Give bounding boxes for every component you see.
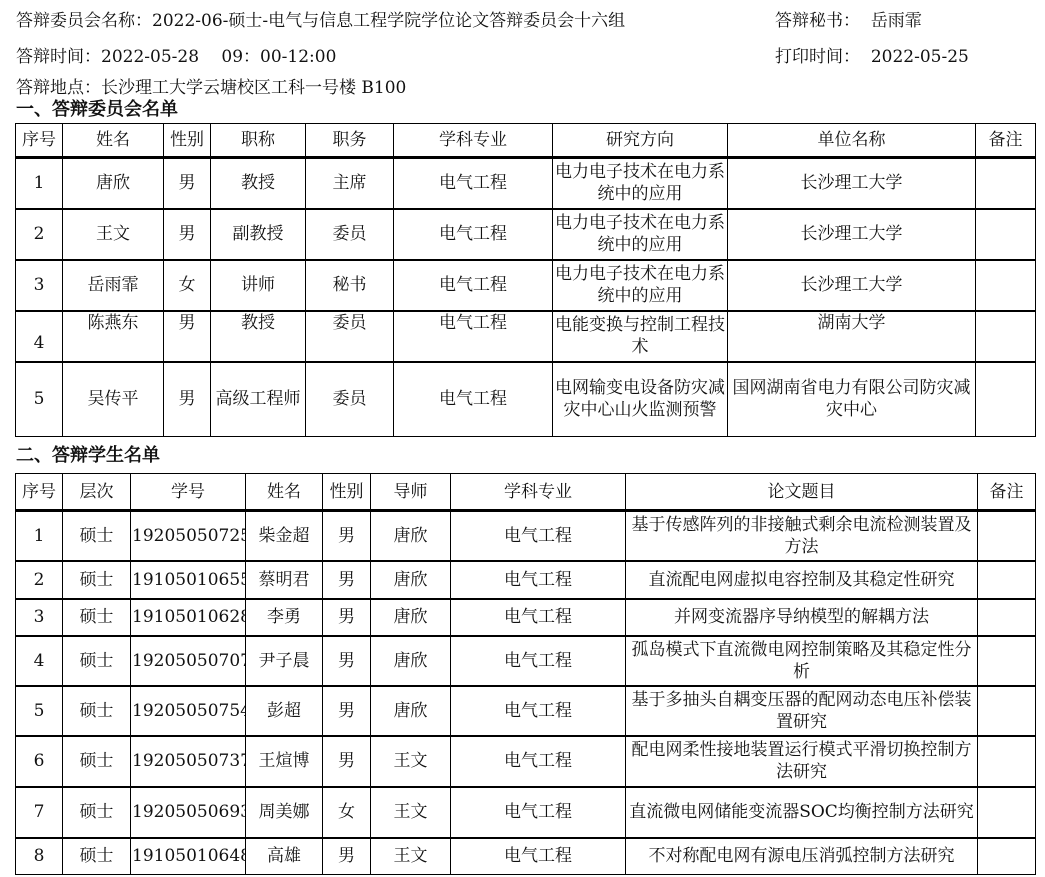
cell-name: 陈燕东: [63, 311, 164, 362]
cell-advisor: 王文: [371, 787, 451, 838]
students-header-row: 序号 层次 学号 姓名 性别 导师 学科专业 论文题目 备注: [16, 474, 1036, 511]
cell-unit: 长沙理工大学: [728, 209, 976, 260]
secretary-label: 答辩秘书：: [775, 11, 860, 31]
cell-role: 委员: [306, 311, 394, 362]
col-header-name: 姓名: [246, 474, 323, 511]
print-time-label: 打印时间：: [775, 47, 860, 67]
table-row: 4 陈燕东 男 教授 委员 电气工程 电能变换与控制工程技术 湖南大学: [16, 311, 1036, 362]
cell-advisor: 唐欣: [371, 636, 451, 686]
cell-thesis: 基于多抽头自耦变压器的配网动态电压补偿装置研究: [626, 686, 978, 736]
cell-note: [978, 736, 1036, 787]
cell-name: 柴金超: [246, 511, 323, 561]
cell-major: 电气工程: [394, 311, 553, 362]
table-row: 7 硕士 19205050693 周美娜 女 王文 电气工程 直流微电网储能变流…: [16, 787, 1036, 838]
col-header-major: 学科专业: [451, 474, 626, 511]
committee-name-label: 答辩委员会名称：: [16, 11, 152, 31]
cell-gender: 男: [323, 561, 371, 599]
cell-no: 3: [16, 599, 63, 636]
table-row: 5 硕士 19205050754 彭超 男 唐欣 电气工程 基于多抽头自耦变压器…: [16, 686, 1036, 736]
cell-name: 王煊博: [246, 736, 323, 787]
defense-time-line: 答辩时间：2022-05-28 09：00-12:00: [16, 46, 336, 68]
cell-gender: 男: [164, 209, 211, 260]
col-header-thesis: 论文题目: [626, 474, 978, 511]
cell-student-id: 19205050754: [131, 686, 246, 736]
cell-level: 硕士: [63, 636, 131, 686]
cell-student-id: 19205050725: [131, 511, 246, 561]
cell-note: [978, 838, 1036, 875]
col-header-advisor: 导师: [371, 474, 451, 511]
cell-title: 教授: [211, 158, 306, 209]
table-row: 2 硕士 19105010655 蔡明君 男 唐欣 电气工程 直流配电网虚拟电容…: [16, 561, 1036, 599]
col-header-no: 序号: [16, 124, 63, 158]
cell-name: 岳雨霏: [63, 260, 164, 311]
cell-name: 彭超: [246, 686, 323, 736]
cell-no: 7: [16, 787, 63, 838]
defense-time: 2022-05-28 09：00-12:00: [101, 47, 336, 67]
cell-note: [978, 636, 1036, 686]
cell-level: 硕士: [63, 787, 131, 838]
cell-role: 委员: [306, 209, 394, 260]
cell-title: 副教授: [211, 209, 306, 260]
cell-thesis: 直流配电网虚拟电容控制及其稳定性研究: [626, 561, 978, 599]
cell-gender: 男: [164, 158, 211, 209]
cell-thesis: 直流微电网储能变流器SOC均衡控制方法研究: [626, 787, 978, 838]
cell-gender: 男: [164, 362, 211, 437]
cell-note: [978, 511, 1036, 561]
table-row: 8 硕士 19105010648 高雄 男 王文 电气工程 不对称配电网有源电压…: [16, 838, 1036, 875]
col-header-name: 姓名: [63, 124, 164, 158]
cell-no: 5: [16, 362, 63, 437]
cell-major: 电气工程: [451, 636, 626, 686]
cell-major: 电气工程: [451, 599, 626, 636]
cell-gender: 男: [164, 311, 211, 362]
cell-gender: 男: [323, 599, 371, 636]
cell-level: 硕士: [63, 511, 131, 561]
cell-student-id: 19205050737: [131, 736, 246, 787]
cell-level: 硕士: [63, 561, 131, 599]
cell-title: 高级工程师: [211, 362, 306, 437]
table-row: 3 岳雨霏 女 讲师 秘书 电气工程 电力电子技术在电力系统中的应用 长沙理工大…: [16, 260, 1036, 311]
table-row: 6 硕士 19205050737 王煊博 男 王文 电气工程 配电网柔性接地装置…: [16, 736, 1036, 787]
cell-major: 电气工程: [451, 736, 626, 787]
location-label: 答辩地点：: [16, 78, 101, 98]
defense-time-label: 答辩时间：: [16, 47, 101, 67]
cell-unit: 湖南大学: [728, 311, 976, 362]
print-time-line: 打印时间： 2022-05-25: [775, 46, 969, 68]
cell-no: 6: [16, 736, 63, 787]
cell-level: 硕士: [63, 599, 131, 636]
cell-unit: 长沙理工大学: [728, 260, 976, 311]
location-line: 答辩地点：长沙理工大学云塘校区工科一号楼 B100: [16, 77, 406, 99]
cell-student-id: 19105010628: [131, 599, 246, 636]
cell-gender: 男: [323, 511, 371, 561]
cell-name: 尹子晨: [246, 636, 323, 686]
cell-advisor: 王文: [371, 736, 451, 787]
table-row: 5 吴传平 男 高级工程师 委员 电气工程 电网输变电设备防灾减灾中心山火监测预…: [16, 362, 1036, 437]
cell-major: 电气工程: [451, 838, 626, 875]
cell-research: 电力电子技术在电力系统中的应用: [553, 158, 728, 209]
cell-no: 4: [16, 636, 63, 686]
cell-research: 电力电子技术在电力系统中的应用: [553, 209, 728, 260]
col-header-note: 备注: [978, 474, 1036, 511]
cell-major: 电气工程: [394, 158, 553, 209]
cell-student-id: 19205050707: [131, 636, 246, 686]
cell-gender: 女: [164, 260, 211, 311]
cell-thesis: 不对称配电网有源电压消弧控制方法研究: [626, 838, 978, 875]
cell-name: 唐欣: [63, 158, 164, 209]
cell-title: 教授: [211, 311, 306, 362]
cell-research: 电网输变电设备防灾减灾中心山火监测预警: [553, 362, 728, 437]
cell-major: 电气工程: [451, 787, 626, 838]
committee-header-row: 序号 姓名 性别 职称 职务 学科专业 研究方向 单位名称 备注: [16, 124, 1036, 158]
students-section-title: 二、答辩学生名单: [16, 445, 160, 467]
cell-level: 硕士: [63, 686, 131, 736]
table-row: 4 硕士 19205050707 尹子晨 男 唐欣 电气工程 孤岛模式下直流微电…: [16, 636, 1036, 686]
cell-gender: 男: [323, 736, 371, 787]
secretary-name: 岳雨霏: [871, 11, 922, 31]
cell-name: 王文: [63, 209, 164, 260]
cell-gender: 男: [323, 686, 371, 736]
table-row: 3 硕士 19105010628 李勇 男 唐欣 电气工程 并网变流器序导纳模型…: [16, 599, 1036, 636]
cell-note: [976, 260, 1036, 311]
col-header-major: 学科专业: [394, 124, 553, 158]
cell-level: 硕士: [63, 838, 131, 875]
col-header-gender: 性别: [164, 124, 211, 158]
col-header-title: 职称: [211, 124, 306, 158]
location: 长沙理工大学云塘校区工科一号楼 B100: [101, 78, 406, 98]
cell-name: 吴传平: [63, 362, 164, 437]
cell-role: 主席: [306, 158, 394, 209]
cell-note: [976, 158, 1036, 209]
cell-note: [976, 362, 1036, 437]
cell-student-id: 19105010648: [131, 838, 246, 875]
print-time: 2022-05-25: [871, 47, 969, 67]
cell-note: [978, 686, 1036, 736]
cell-thesis: 配电网柔性接地装置运行模式平滑切换控制方法研究: [626, 736, 978, 787]
cell-major: 电气工程: [451, 686, 626, 736]
cell-no: 2: [16, 561, 63, 599]
cell-no: 5: [16, 686, 63, 736]
cell-no: 1: [16, 511, 63, 561]
col-header-gender: 性别: [323, 474, 371, 511]
cell-unit: 长沙理工大学: [728, 158, 976, 209]
cell-student-id: 19105010655: [131, 561, 246, 599]
cell-gender: 男: [323, 636, 371, 686]
cell-no: 3: [16, 260, 63, 311]
cell-note: [976, 311, 1036, 362]
cell-major: 电气工程: [451, 511, 626, 561]
cell-gender: 女: [323, 787, 371, 838]
cell-note: [978, 599, 1036, 636]
cell-gender: 男: [323, 838, 371, 875]
cell-unit: 国网湖南省电力有限公司防灾减灾中心: [728, 362, 976, 437]
cell-major: 电气工程: [394, 260, 553, 311]
col-header-note: 备注: [976, 124, 1036, 158]
table-row: 2 王文 男 副教授 委员 电气工程 电力电子技术在电力系统中的应用 长沙理工大…: [16, 209, 1036, 260]
cell-major: 电气工程: [451, 561, 626, 599]
cell-advisor: 唐欣: [371, 686, 451, 736]
table-row: 1 唐欣 男 教授 主席 电气工程 电力电子技术在电力系统中的应用 长沙理工大学: [16, 158, 1036, 209]
committee-name-line: 答辩委员会名称：2022-06-硕士-电气与信息工程学院学位论文答辩委员会十六组: [16, 10, 625, 32]
cell-advisor: 唐欣: [371, 561, 451, 599]
cell-thesis: 并网变流器序导纳模型的解耦方法: [626, 599, 978, 636]
table-row: 1 硕士 19205050725 柴金超 男 唐欣 电气工程 基于传感阵列的非接…: [16, 511, 1036, 561]
cell-major: 电气工程: [394, 362, 553, 437]
cell-name: 高雄: [246, 838, 323, 875]
cell-name: 蔡明君: [246, 561, 323, 599]
cell-role: 委员: [306, 362, 394, 437]
cell-research: 电力电子技术在电力系统中的应用: [553, 260, 728, 311]
cell-note: [978, 787, 1036, 838]
cell-no: 8: [16, 838, 63, 875]
col-header-no: 序号: [16, 474, 63, 511]
cell-name: 李勇: [246, 599, 323, 636]
cell-no: 4: [16, 311, 63, 362]
cell-role: 秘书: [306, 260, 394, 311]
students-table: 序号 层次 学号 姓名 性别 导师 学科专业 论文题目 备注 1 硕士 1920…: [15, 473, 1036, 875]
cell-thesis: 孤岛模式下直流微电网控制策略及其稳定性分析: [626, 636, 978, 686]
cell-research: 电能变换与控制工程技术: [553, 311, 728, 362]
cell-advisor: 王文: [371, 838, 451, 875]
cell-title: 讲师: [211, 260, 306, 311]
cell-major: 电气工程: [394, 209, 553, 260]
col-header-unit: 单位名称: [728, 124, 976, 158]
cell-advisor: 唐欣: [371, 599, 451, 636]
cell-note: [976, 209, 1036, 260]
col-header-role: 职务: [306, 124, 394, 158]
committee-name: 2022-06-硕士-电气与信息工程学院学位论文答辩委员会十六组: [152, 11, 625, 31]
col-header-research: 研究方向: [553, 124, 728, 158]
cell-thesis: 基于传感阵列的非接触式剩余电流检测装置及方法: [626, 511, 978, 561]
cell-student-id: 19205050693: [131, 787, 246, 838]
cell-no: 2: [16, 209, 63, 260]
col-header-student-id: 学号: [131, 474, 246, 511]
cell-note: [978, 561, 1036, 599]
committee-table: 序号 姓名 性别 职称 职务 学科专业 研究方向 单位名称 备注 1 唐欣 男 …: [15, 123, 1036, 437]
cell-advisor: 唐欣: [371, 511, 451, 561]
cell-no: 1: [16, 158, 63, 209]
cell-level: 硕士: [63, 736, 131, 787]
secretary-line: 答辩秘书： 岳雨霏: [775, 10, 922, 32]
committee-section-title: 一、答辩委员会名单: [16, 99, 178, 121]
col-header-level: 层次: [63, 474, 131, 511]
cell-name: 周美娜: [246, 787, 323, 838]
